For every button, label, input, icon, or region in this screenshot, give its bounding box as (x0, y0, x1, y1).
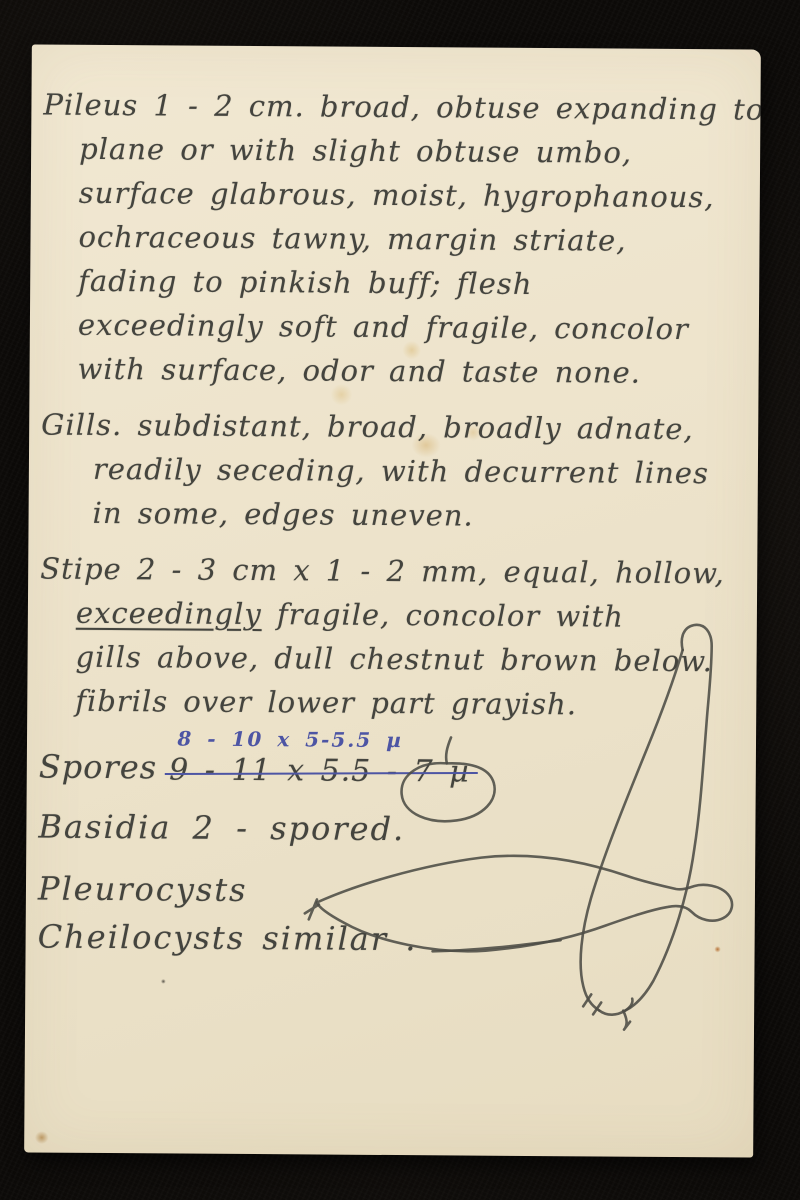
note-line: exceedingly soft and fragile, concolor (78, 303, 753, 352)
note-card: Pileus 1 - 2 cm. broad, obtuse expanding… (24, 44, 761, 1157)
note-line: plane or with slight obtuse umbo, (79, 127, 754, 176)
note-line: Gills. subdistant, broad, broadly adnate… (41, 403, 752, 452)
note-line: with surface, odor and taste none. (77, 347, 752, 396)
note-line: gills above, dull chestnut brown below. (75, 635, 750, 684)
spores-line: Spores 8 - 10 x 5-5.5 µ 9 - 11 x 5.5 - 7… (39, 727, 750, 795)
underlined-word: exceedingly (76, 596, 262, 631)
original-spore-measurement: 9 - 11 x 5.5 - 7 µ (169, 750, 470, 792)
cheilocystidia-line: Cheilocysts similar . (37, 914, 748, 965)
basidia-line: Basidia 2 - spored. (38, 804, 749, 855)
note-line: Stipe 2 - 3 cm x 1 - 2 mm, equal, hollow… (40, 547, 751, 596)
note-line: in some, edges uneven. (92, 491, 751, 540)
corrected-spore-measurement: 8 - 10 x 5-5.5 µ (177, 728, 403, 752)
note-line: readily seceding, with decurrent lines (93, 447, 752, 496)
spore-measurement-correction: 8 - 10 x 5-5.5 µ 9 - 11 x 5.5 - 7 µ (169, 727, 470, 792)
note-line: fibrils over lower part grayish. (75, 679, 750, 728)
note-paragraphs: Pileus 1 - 2 cm. broad, obtuse expanding… (39, 83, 754, 728)
note-text-segment: with surface, odor and taste none. (77, 352, 641, 390)
paragraph-pileus: Pileus 1 - 2 cm. broad, obtuse expanding… (41, 83, 754, 396)
paragraph-stipe: Stipe 2 - 3 cm x 1 - 2 mm, equal, hollow… (39, 547, 751, 728)
note-text-segment: gills above, dull chestnut brown below. (75, 640, 713, 678)
note-text-segment: fragile, concolor with (262, 597, 624, 634)
cheilocystidium-foot (599, 998, 632, 1014)
note-text-segment: plane or with slight obtuse umbo, (79, 132, 632, 170)
note-line: surface glabrous, moist, hygrophanous, (79, 171, 754, 220)
note-text-segment: fibrils over lower part grayish. (75, 684, 577, 722)
note-text-segment: surface glabrous, moist, hygrophanous, (79, 176, 715, 214)
note-text-segment: Stipe 2 - 3 cm x 1 - 2 mm, equal, hollow… (40, 552, 725, 591)
note-text-segment: exceedingly soft and fragile, concolor (78, 308, 689, 346)
cheilocystidium-foot-hatches (583, 994, 630, 1029)
note-text-segment: in some, edges uneven. (92, 496, 473, 533)
note-text-segment: Gills. subdistant, broad, broadly adnate… (41, 408, 694, 447)
photo-background: { "document": { "kind": "handwritten myc… (0, 0, 800, 1200)
note-line: Pileus 1 - 2 cm. broad, obtuse expanding… (43, 83, 754, 132)
note-text-segment: readily seceding, with decurrent lines (93, 452, 709, 490)
note-line: fading to pinkish buff; flesh (78, 259, 753, 308)
note-line: exceedingly fragile, concolor with (76, 591, 751, 640)
note-text-segment: fading to pinkish buff; flesh (78, 264, 532, 301)
paragraph-gills: Gills. subdistant, broad, broadly adnate… (40, 403, 752, 540)
note-line: ochraceous tawny, margin striate, (78, 215, 753, 264)
note-text: Pileus 1 - 2 cm. broad, obtuse expanding… (37, 83, 754, 965)
pleurocystidia-line: Pleurocysts (38, 866, 749, 917)
spores-label: Spores (39, 744, 158, 791)
note-text-segment: Pileus 1 - 2 cm. broad, obtuse expanding… (43, 88, 761, 127)
note-text-segment: ochraceous tawny, margin striate, (78, 220, 626, 258)
